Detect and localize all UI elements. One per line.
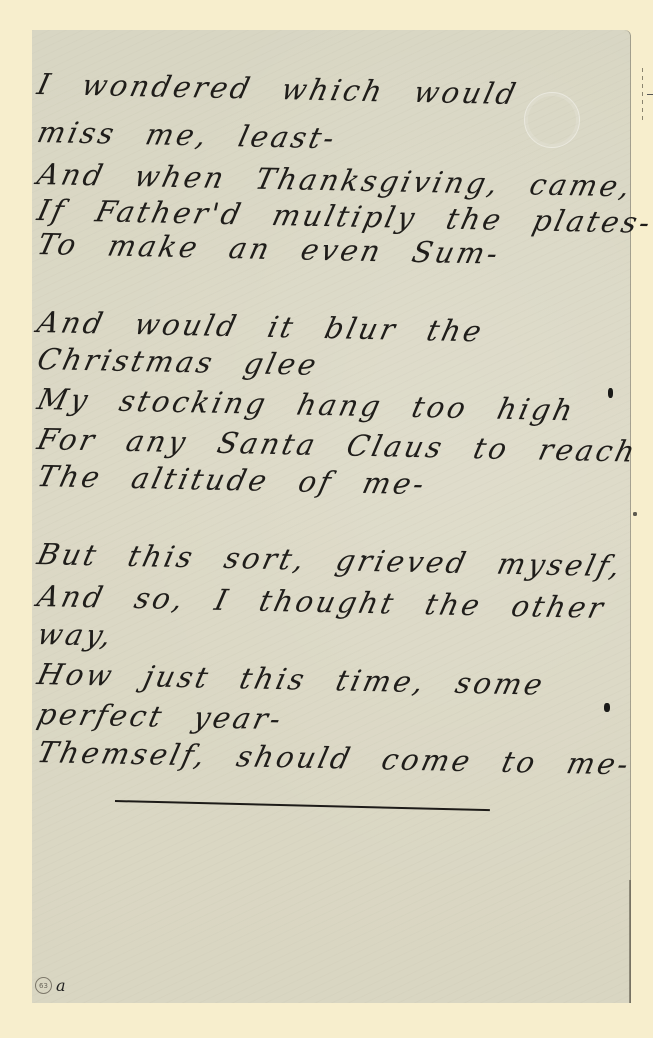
scan-canvas: I wondered which would miss me, least- A… (0, 0, 653, 1038)
embossed-stamp-icon (524, 92, 580, 148)
folio-suffix: a (56, 976, 66, 995)
poem-line: perfect year- (35, 700, 287, 734)
poem-line: way, (35, 620, 117, 651)
margin-dashed-line (642, 68, 643, 122)
folio-mark: 63 a (35, 976, 66, 995)
margin-tick-mark (647, 94, 653, 95)
poem-line: miss me, least- (35, 118, 340, 153)
ink-blot (608, 388, 613, 398)
ink-dot (633, 512, 637, 516)
sheet-right-edge (629, 880, 631, 1003)
folio-number: 63 (35, 977, 52, 994)
poem-line: Christmas glee (35, 345, 322, 380)
ink-blot (604, 703, 610, 712)
poem-line: The altitude of me- (35, 462, 430, 499)
